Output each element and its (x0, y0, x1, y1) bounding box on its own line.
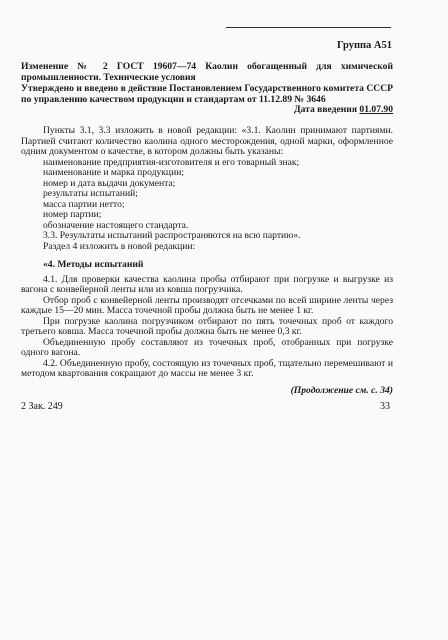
group-label: Группа А51 (337, 40, 392, 51)
paragraph: Отбор проб с конвейерной ленты производя… (21, 296, 393, 317)
approval-block: Утверждено и введено в действие Постанов… (21, 84, 393, 116)
section-heading: «4. Методы испытаний (21, 260, 393, 271)
approval-text: Утверждено и введено в действие Постанов… (21, 84, 393, 105)
paragraph: 4.2. Объединенную пробу, состоящую из то… (21, 359, 393, 380)
document-body: Пункты 3.1, 3.3 изложить в новой редакци… (21, 126, 393, 396)
paragraph: При погрузке каолина погрузчиком отбираю… (21, 317, 393, 338)
date-value: 01.07.90 (359, 104, 393, 115)
paragraph: Раздел 4 изложить в новой редакции: (21, 242, 393, 253)
paragraph: Объединенную пробу составляют из точечны… (21, 338, 393, 359)
paragraph: 3.3. Результаты испытаний распространяют… (21, 231, 393, 242)
paragraph: Пункты 3.1, 3.3 изложить в новой редакци… (21, 126, 393, 158)
required-info-list: наименование предприятия-изготовителя и … (21, 158, 393, 232)
list-item: наименование и марка продукции; (43, 168, 393, 179)
paragraph: 4.1. Для проверки качества каолина пробы… (21, 275, 393, 296)
list-item: номер партии; (43, 210, 393, 221)
page-number: 33 (380, 401, 390, 412)
list-item: результаты испытаний; (43, 189, 393, 200)
document-title: Изменение № 2 ГОСТ 19607—74 Каолин обога… (21, 62, 393, 83)
date-label: Дата введения (294, 104, 359, 115)
top-rule (226, 27, 391, 28)
continuation-note: (Продолжение см. с. 34) (21, 386, 393, 397)
effective-date: Дата введения 01.07.90 (21, 105, 393, 116)
order-number: 2 Зак. 249 (21, 401, 63, 412)
